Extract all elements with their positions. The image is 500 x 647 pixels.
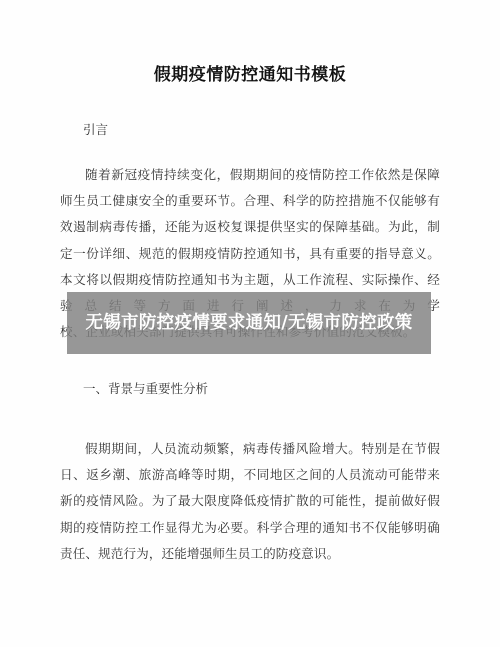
section-heading: 一、背景与重要性分析 [83,379,208,397]
document-title: 假期疫情防控通知书模板 [0,60,500,85]
paragraph-line: 责任、规范行为，还能增强师生员工的防疫意识。 [60,541,440,567]
caption-overlay: 无锡市防控疫情要求通知/无锡市防控政策 [67,292,431,354]
paragraph-line: 定一份详细、规范的假期疫情防控通知书，具有重要的指导意义。 [60,241,440,267]
paragraph-line: 本文将以假期疫情防控通知书为主题，从工作流程、实际操作、经 [60,267,440,293]
paragraph-line: 假期期间，人员流动频繁，病毒传播风险增大。特别是在节假 [60,436,440,462]
paragraph-line: 随着新冠疫情持续变化，假期期间的疫情防控工作依然是保障 [60,162,440,188]
document-page: 假期疫情防控通知书模板 引言 随着新冠疫情持续变化，假期期间的疫情防控工作依然是… [0,0,500,647]
paragraph-line: 日、返乡潮、旅游高峰等时期，不同地区之间的人员流动可能带来 [60,462,440,488]
intro-heading: 引言 [83,120,108,138]
overlay-caption: 无锡市防控疫情要求通知/无锡市防控政策 [84,311,414,335]
paragraph-line: 效遏制病毒传播，还能为返校复课提供坚实的保障基础。为此，制 [60,214,440,240]
paragraph-line: 师生员工健康安全的重要环节。合理、科学的防控措施不仅能够有 [60,188,440,214]
paragraph-line: 新的疫情风险。为了最大限度降低疫情扩散的可能性，提前做好假 [60,488,440,514]
paragraph-line: 期的疫情防控工作显得尤为必要。科学合理的通知书不仅能够明确 [60,515,440,541]
section-paragraph: 假期期间，人员流动频繁，病毒传播风险增大。特别是在节假 日、返乡潮、旅游高峰等时… [60,436,440,567]
